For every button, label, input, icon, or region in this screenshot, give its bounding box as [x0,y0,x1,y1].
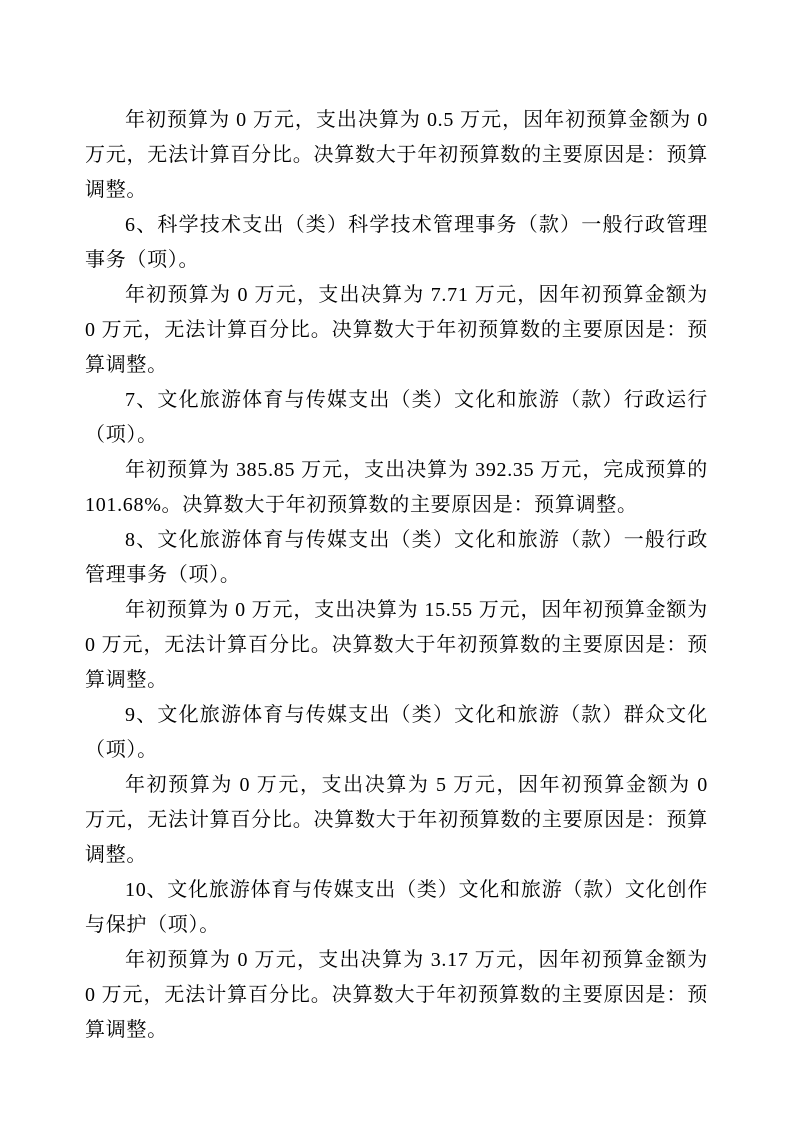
paragraph-item-9-budget-note: 年初预算为 0 万元，支出决算为 5 万元，因年初预算金额为 0 万元，无法计算… [85,768,708,873]
paragraph-item-10-budget-note: 年初预算为 0 万元，支出决算为 3.17 万元，因年初预算金额为 0 万元，无… [85,943,708,1048]
paragraph-item-7-heading: 7、文化旅游体育与传媒支出（类）文化和旅游（款）行政运行（项）。 [85,383,708,453]
document-body: { "page": { "background_color": "#ffffff… [0,0,793,1122]
paragraph-item-7-budget-note: 年初预算为 385.85 万元，支出决算为 392.35 万元，完成预算的 10… [85,453,708,523]
paragraph-item-10-heading: 10、文化旅游体育与传媒支出（类）文化和旅游（款）文化创作与保护（项）。 [85,873,708,943]
paragraph-item-6-budget-note: 年初预算为 0 万元，支出决算为 7.71 万元，因年初预算金额为 0 万元，无… [85,278,708,383]
paragraph-item-6-heading: 6、科学技术支出（类）科学技术管理事务（款）一般行政管理事务（项）。 [85,208,708,278]
paragraph-item-9-heading: 9、文化旅游体育与传媒支出（类）文化和旅游（款）群众文化（项）。 [85,698,708,768]
paragraph-item-8-budget-note: 年初预算为 0 万元，支出决算为 15.55 万元，因年初预算金额为 0 万元，… [85,593,708,698]
paragraph-item-8-heading: 8、文化旅游体育与传媒支出（类）文化和旅游（款）一般行政管理事务（项）。 [85,523,708,593]
paragraph-budget-note-prev-item: 年初预算为 0 万元，支出决算为 0.5 万元，因年初预算金额为 0 万元，无法… [85,103,708,208]
document-page: 年初预算为 0 万元，支出决算为 0.5 万元，因年初预算金额为 0 万元，无法… [0,0,793,1122]
